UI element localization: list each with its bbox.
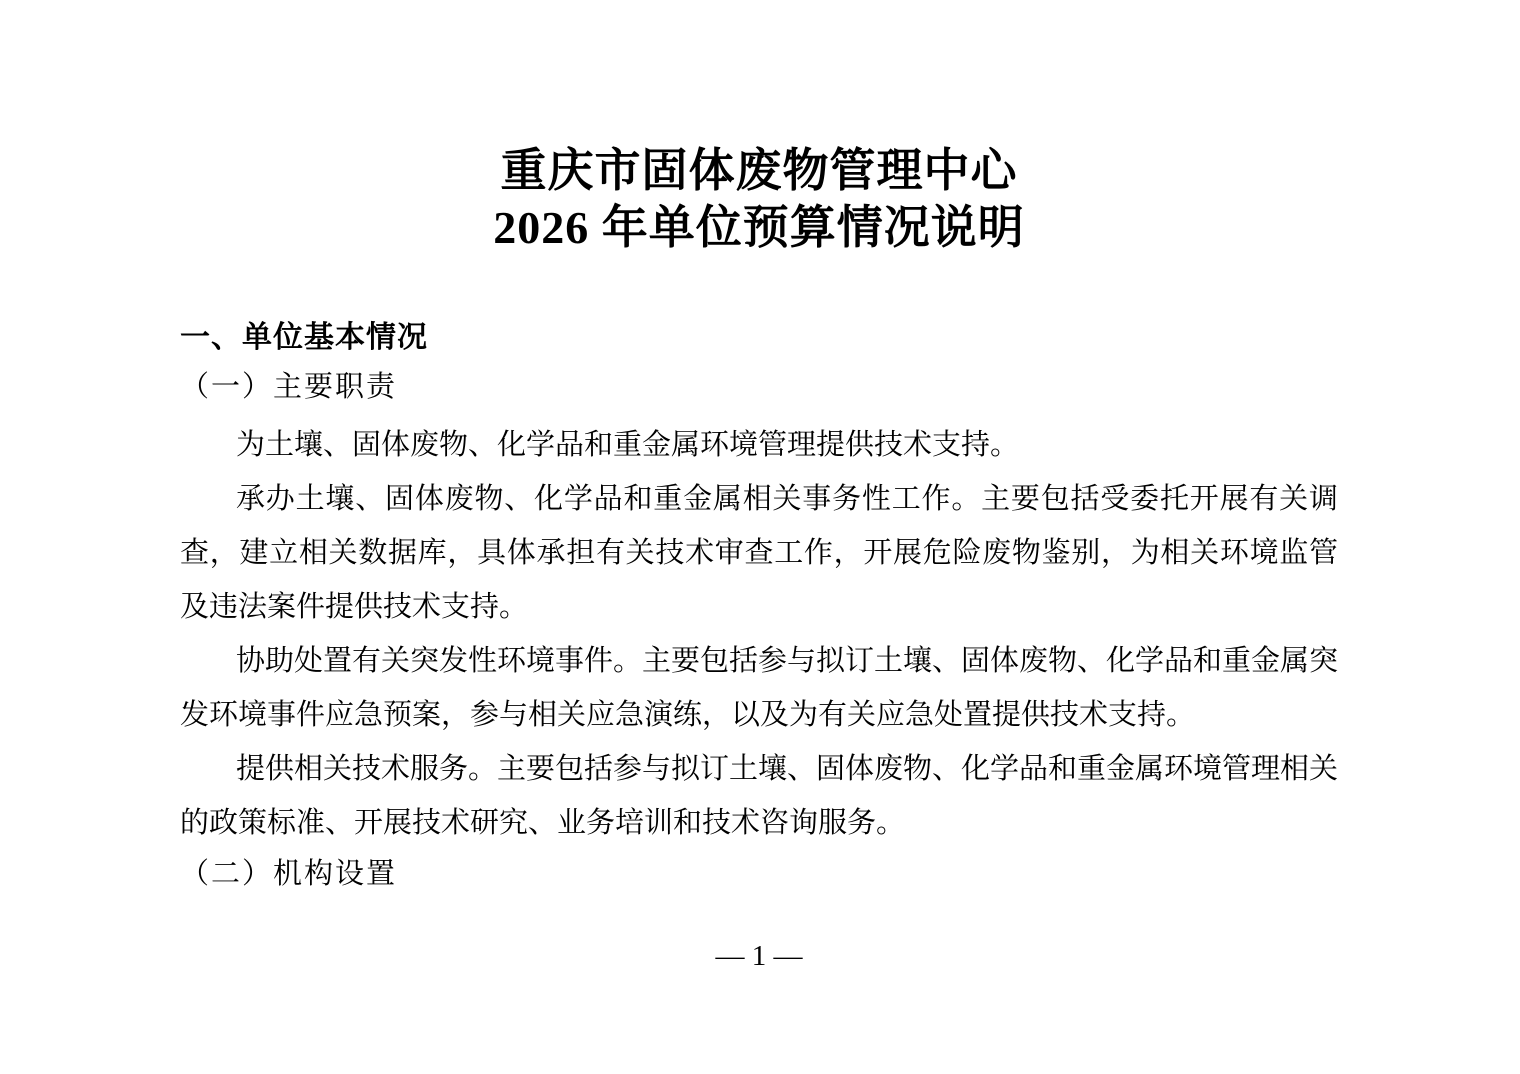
document-page: 重庆市固体废物管理中心 2026 年单位预算情况说明 一、单位基本情况 （一）主… [0,0,1520,1074]
page-number: — 1 — [180,938,1338,974]
section-heading-basic-info: 一、单位基本情况 [180,320,1338,356]
subsection-heading-org-structure: （二）机构设置 [180,856,1338,892]
paragraph-duty-3: 协助处置有关突发性环境事件。主要包括参与拟订土壤、固体废物、化学品和重金属突发环… [180,634,1338,742]
paragraph-duty-2: 承办土壤、固体废物、化学品和重金属相关事务性工作。主要包括受委托开展有关调查，建… [180,472,1338,634]
document-title-line1: 重庆市固体废物管理中心 [180,142,1338,199]
document-title-line2: 2026 年单位预算情况说明 [180,199,1338,256]
subsection-heading-main-duties: （一）主要职责 [180,369,1338,405]
document-title: 重庆市固体废物管理中心 2026 年单位预算情况说明 [180,142,1338,256]
document-content: 重庆市固体废物管理中心 2026 年单位预算情况说明 一、单位基本情况 （一）主… [180,0,1338,974]
paragraph-duty-4: 提供相关技术服务。主要包括参与拟订土壤、固体废物、化学品和重金属环境管理相关的政… [180,742,1338,850]
paragraph-duty-1: 为土壤、固体废物、化学品和重金属环境管理提供技术支持。 [180,418,1338,472]
